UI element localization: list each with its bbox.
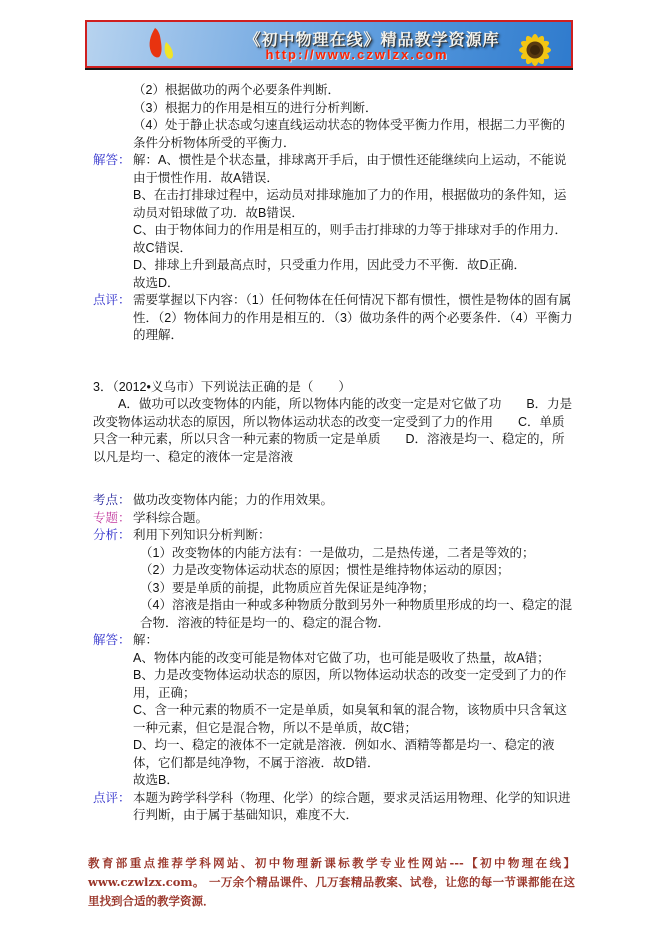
sunflower-icon — [509, 24, 565, 68]
comment-label: 点评： — [93, 790, 133, 808]
answer-line: 故选B． — [133, 772, 573, 790]
analysis-line: （4）处于静止状态或匀速直线运动状态的物体受平衡力作用，根据二力平衡的条件分析物… — [133, 117, 573, 152]
q3-answer-section: 解答： 解： A、物体内能的改变可能是物体对它做了功，也可能是吸收了热量，故A错… — [93, 632, 573, 790]
comment-text: 本题为跨学科学科（物理、化学）的综合题，要求灵活运用物理、化学的知识进行判断，由… — [133, 790, 573, 825]
answer-line: B、在击打排球过程中，运动员对排球施加了力的作用，根据做功的条件知，运动员对铅球… — [133, 187, 573, 222]
analysis-line: （3）根据力的作用是相互的进行分析判断． — [133, 100, 573, 118]
fenxi-line: （2）力是改变物体运动状态的原因；惯性是维持物体运动的原因； — [133, 562, 573, 580]
zhuanti-text: 学科综合题。 — [133, 510, 573, 528]
answer-label: 解答： — [93, 632, 133, 650]
q2-analysis-continuation: （2）根据做功的两个必要条件判断． （3）根据力的作用是相互的进行分析判断． （… — [133, 82, 573, 152]
fenxi-label: 分析： — [93, 527, 133, 545]
q2-answer-section: 解答： 解：A、惯性是个状态量，排球离开手后，由于惯性还能继续向上运动，不能说由… — [93, 152, 573, 292]
site-banner: 《初中物理在线》精品教学资源库 http://www.czwlzx.com — [85, 20, 573, 68]
q3-options: A．做功可以改变物体的内能，所以物体内能的改变一定是对它做了功 B．力是改变物体… — [93, 396, 573, 466]
answer-line: B、力是改变物体运动状态的原因，所以物体运动状态的改变一定受到了力的作用，正确； — [133, 667, 573, 702]
comment-label: 点评： — [93, 292, 133, 310]
answer-line: A、物体内能的改变可能是物体对它做了功，也可能是吸收了热量，故A错； — [133, 650, 573, 668]
answer-line: C、含一种元素的物质不一定是单质，如臭氧和氧的混合物，该物质中只含氧这一种元素，… — [133, 702, 573, 737]
answer-line: C、由于物体间力的作用是相互的，则手击打排球的力等于排球对手的作用力．故C错误． — [133, 222, 573, 257]
q3-fenxi-section: 分析： 利用下列知识分析判断： （1）改变物体的内能方法有：一是做功，二是热传递… — [93, 527, 573, 632]
banner-url-link[interactable]: http://www.czwlzx.com — [207, 47, 507, 62]
answer-line: D、排球上升到最高点时，只受重力作用，因此受力不平衡．故D正确． — [133, 257, 573, 275]
kaodian-text: 做功改变物体内能；力的作用效果。 — [133, 492, 573, 510]
document-page: 《初中物理在线》精品教学资源库 http://www.czwlzx.com — [0, 0, 661, 935]
kaodian-label: 考点： — [93, 492, 133, 510]
zhuanti-label: 专题： — [93, 510, 133, 528]
q3-comment-section: 点评： 本题为跨学科学科（物理、化学）的综合题，要求灵活运用物理、化学的知识进行… — [93, 790, 573, 825]
fenxi-line: 利用下列知识分析判断： — [133, 527, 573, 545]
document-body: （2）根据做功的两个必要条件判断． （3）根据力的作用是相互的进行分析判断． （… — [93, 82, 573, 825]
q3-stem: 3．（2012•义乌市）下列说法正确的是（ ） — [93, 379, 573, 397]
fenxi-line: （1）改变物体的内能方法有：一是做功，二是热传递，二者是等效的； — [133, 545, 573, 563]
answer-line: 故选D． — [133, 275, 573, 293]
answer-line: 解：A、惯性是个状态量，排球离开手后，由于惯性还能继续向上运动，不能说由于惯性作… — [133, 152, 573, 187]
fenxi-line: （3）要是单质的前提，此物质应首先保证是纯净物； — [133, 580, 573, 598]
q2-comment-section: 点评： 需要掌握以下内容：（1）任何物体在任何情况下都有惯性，惯性是物体的固有属… — [93, 292, 573, 345]
answer-label: 解答： — [93, 152, 133, 170]
page-footer: 教育部重点推荐学科网站、初中物理新课标教学专业性网站---【初中物理在线】www… — [88, 854, 575, 911]
q3-kaodian-section: 考点： 做功改变物体内能；力的作用效果。 — [93, 492, 573, 510]
answer-line: D、均一、稳定的液体不一定就是溶液．例如水、酒精等都是均一、稳定的液体，它们都是… — [133, 737, 573, 772]
fenxi-line: （4）溶液是指由一种或多种物质分散到另外一种物质里形成的均一、稳定的混合物．溶液… — [133, 597, 573, 632]
banner-divider — [85, 68, 573, 70]
comment-text: 需要掌握以下内容：（1）任何物体在任何情况下都有惯性，惯性是物体的固有属性．（2… — [133, 292, 573, 345]
analysis-line: （2）根据做功的两个必要条件判断． — [133, 82, 573, 100]
answer-line: 解： — [133, 632, 573, 650]
q3-zhuanti-section: 专题： 学科综合题。 — [93, 510, 573, 528]
flame-logo-icon — [139, 26, 185, 64]
